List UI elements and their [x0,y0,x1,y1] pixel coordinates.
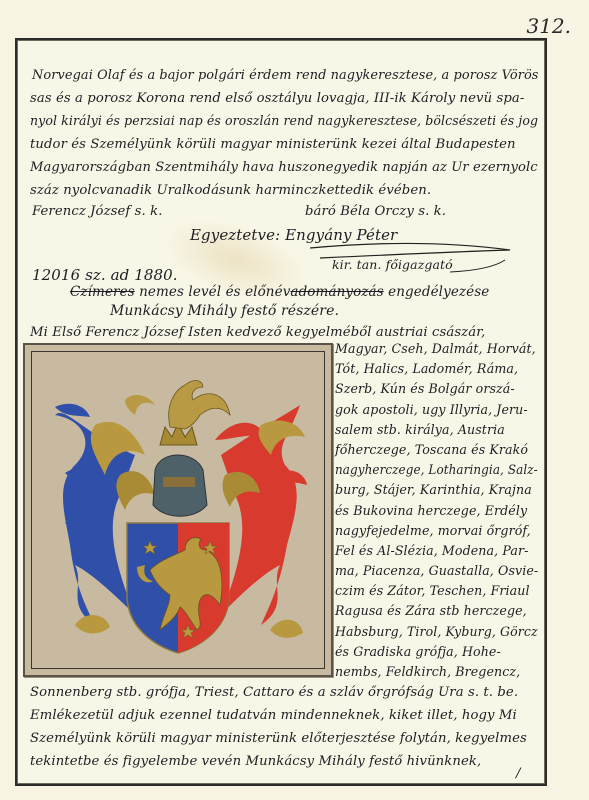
text-line: tekintetbe és figyelembe vevén Munkácsy … [30,754,481,769]
text-line: Tót, Halics, Ladomér, Ráma, [335,361,518,376]
title-main: nemes levél és előnév [139,284,290,300]
text-line: Magyarországban Szentmihály hava huszone… [30,160,538,175]
text-line: gok apostoli, ugy Illyria, Jeru- [335,402,528,417]
signature-right: báró Béla Orczy s. k. [305,204,446,219]
text-line: Emlékezetül adjuk ezennel tudatván minde… [30,708,517,723]
text-line: Habsburg, Tirol, Kyburg, Görcz [335,624,538,639]
opening-line: Mi Első Ferencz József Isten kedvező keg… [30,325,485,340]
attestation-title: kir. tan. főigazgató [332,257,453,272]
text-line: száz nyolcvanadik Uralkodásunk harminczk… [30,183,431,198]
text-line: főherczege, Toscana és Krakó [335,442,528,457]
struck-word: adományozás [290,284,383,300]
record-number: 12016 sz. ad 1880. [32,266,178,284]
text-line: nagyherczege, Lotharingia, Salz- [335,462,538,477]
text-line: nagyfejedelme, morvai őrgróf, [335,523,531,538]
text-line: nembs, Feldkirch, Bregencz, [335,664,520,679]
text-line: Ragusa és Zára stb herczege, [335,603,527,618]
text-line: és Gradiska grófja, Hohe- [335,644,501,659]
text-line: Fel és Al-Slézia, Modena, Par- [335,543,528,558]
crest-griffin [169,381,230,429]
page-number: 312. [526,14,571,38]
text-line: Norvegai Olaf és a bajor polgári érdem r… [32,68,539,83]
text-line: salem stb. királya, Austria [335,422,505,437]
text-line: sas és a porosz Korona rend első osztály… [30,91,524,106]
title-tail: engedélyezése [388,284,489,300]
text-line: és Bukovina herczege, Erdély [335,503,527,518]
coat-of-arms-painting [25,345,331,675]
text-line: tudor és Személyünk körüli magyar minist… [30,137,516,152]
recipient: Munkácsy Mihály festő részére. [110,303,339,319]
text-line: nyol királyi és perzsiai nap és oroszlán… [30,114,538,129]
record-title: Czímeres nemes levél és előnévadományozá… [70,284,489,300]
signature-left: Ferencz József s. k. [32,204,163,219]
struck-word: Czímeres [70,284,135,300]
catchword: / [516,766,521,781]
text-line: czim és Zátor, Teschen, Friaul [335,583,530,598]
text-line: Sonnenberg stb. grófja, Triest, Cattaro … [30,685,518,700]
text-line: Szerb, Kún és Bolgár orszá- [335,381,515,396]
text-line: Magyar, Cseh, Dalmát, Horvát, [335,341,536,356]
text-line: ma, Piacenza, Guastalla, Osvie- [335,563,538,578]
text-line: Személyünk körüli magyar ministerünk elő… [30,731,527,746]
coat-of-arms [23,343,333,677]
text-line: burg, Stájer, Karinthia, Krajna [335,482,532,497]
